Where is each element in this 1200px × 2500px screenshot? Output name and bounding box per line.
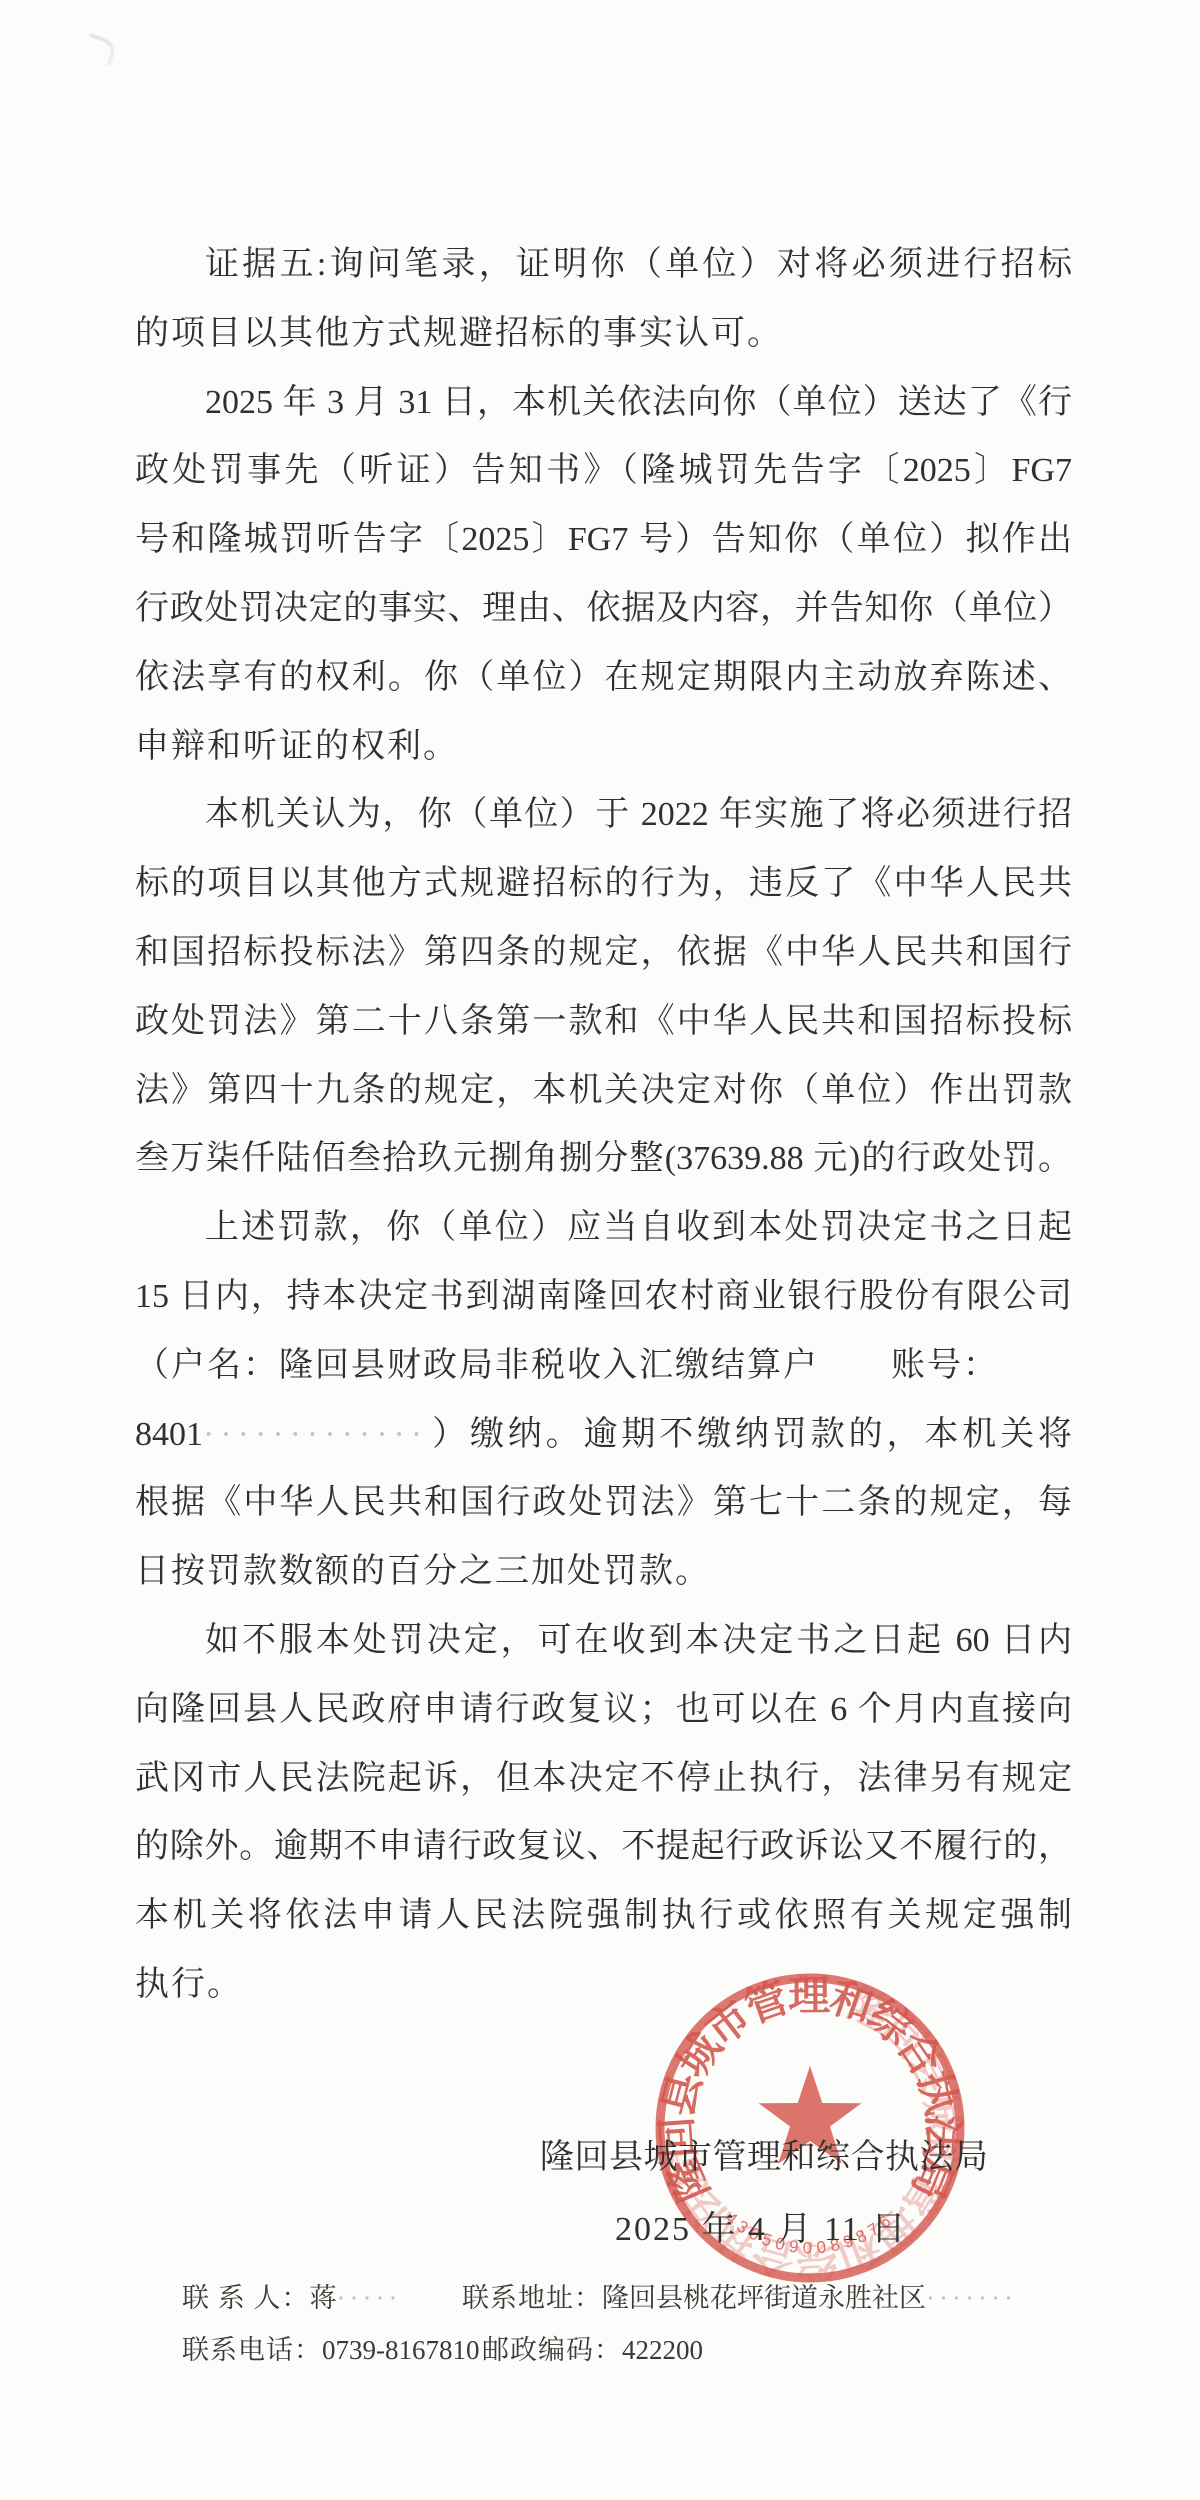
body-text: 标的项目以其他方式规避招标的行为，违反了《中华人民共 [135,865,1072,902]
body-line: 政处罚事先（听证）告知书》（隆城罚先告字〔2025〕FG7 [135,437,1072,506]
body-text: 执行。 [135,1966,243,2003]
footer-row-1: 联 系 人：蒋····· 联系地址：隆回县桃花坪街道永胜社区······· [0,2278,1200,2318]
contact-person: 联 系 人：蒋····· [182,2278,401,2318]
body-text: 法》第四十九条的规定，本机关决定对你（单位）作出罚款 [135,1072,1072,1109]
body-text: 政处罚法》第二十八条第一款和《中华人民共和国招标投标 [135,1003,1072,1040]
postal-code-label: 邮政编码： [482,2335,622,2365]
contact-person-name: 蒋 [310,2283,337,2313]
body-text: 15 日内，持本决定书到湖南隆回农村商业银行股份有限公司 [135,1278,1072,1315]
body-line: 武冈市人民法院起诉，但本决定不停止执行，法律另有规定 [135,1745,1072,1814]
body-line: 如不服本处罚决定，可在收到本决定书之日起 60 日内 [135,1607,1072,1676]
body-text: 依法享有的权利。你（单位）在规定期限内主动放弃陈述、 [135,659,1072,696]
contact-address-redacted: ······· [926,2283,1017,2313]
body-text: 根据《中华人民共和国行政处罚法》第七十二条的规定，每 [135,1484,1072,1521]
contact-phone-value: 0739-8167810 [322,2335,480,2365]
body-line: 叁万柒仟陆佰叁拾玖元捌角捌分整(37639.88 元)的行政处罚。 [135,1125,1072,1194]
body-line: 政处罚法》第二十八条第一款和《中华人民共和国招标投标 [135,988,1072,1057]
redacted-text: ············· [203,1416,428,1453]
body-text: 8401 [135,1416,203,1453]
body-text: 的除外。逾期不申请行政复议、不提起行政诉讼又不履行的， [135,1828,1072,1865]
footer-row-2: 联系电话：0739-8167810 邮政编码：422200 [0,2330,1200,2370]
body-line: 2025 年 3 月 31 日，本机关依法向你（单位）送达了《行 [135,369,1072,438]
official-seal: 隆回县城市管理和综合执法局 隆回县城市管理和综合执法局 430509008987… [650,1968,970,2288]
document-body: 证据五:询问笔录，证明你（单位）对将必须进行招标的项目以其他方式规避招标的事实认… [135,231,1072,2020]
contact-address: 联系地址：隆回县桃花坪街道永胜社区······· [462,2278,1017,2318]
body-line: 向隆回县人民政府申请行政复议；也可以在 6 个月内直接向 [135,1676,1072,1745]
body-text: （户名：隆回县财政局非税收入汇缴结算户 账号： [135,1347,999,1384]
body-text: ）缴纳。逾期不缴纳罚款的，本机关将 [428,1416,1072,1453]
body-text: 的项目以其他方式规避招标的事实认可。 [135,315,783,352]
contact-person-label: 联 系 人： [182,2283,310,2313]
body-line: 和国招标投标法》第四条的规定，依据《中华人民共和国行 [135,919,1072,988]
body-line: 法》第四十九条的规定，本机关决定对你（单位）作出罚款 [135,1057,1072,1126]
scanned-document-page: 证据五:询问笔录，证明你（单位）对将必须进行招标的项目以其他方式规避招标的事实认… [0,0,1200,2500]
body-text: 日按罚款数额的百分之三加处罚款。 [135,1553,711,1590]
body-line: 上述罚款，你（单位）应当自收到本处罚决定书之日起 [135,1194,1072,1263]
body-text: 本机关认为，你（单位）于 2022 年实施了将必须进行招 [205,796,1072,833]
body-line: 15 日内，持本决定书到湖南隆回农村商业银行股份有限公司 [135,1263,1072,1332]
contact-address-label: 联系地址： [462,2283,602,2313]
body-text: 号和隆城罚听告字〔2025〕FG7 号）告知你（单位）拟作出 [135,521,1072,558]
seal-graphic: 隆回县城市管理和综合执法局 隆回县城市管理和综合执法局 430509008987… [650,1968,970,2288]
body-text: 本机关将依法申请人民法院强制执行或依照有关规定强制 [135,1897,1072,1934]
body-text: 上述罚款，你（单位）应当自收到本处罚决定书之日起 [205,1209,1072,1246]
body-line: 申辩和听证的权利。 [135,713,1072,782]
body-line: 根据《中华人民共和国行政处罚法》第七十二条的规定，每 [135,1469,1072,1538]
body-line: （户名：隆回县财政局非税收入汇缴结算户 账号： [135,1332,1072,1401]
body-text: 武冈市人民法院起诉，但本决定不停止执行，法律另有规定 [135,1760,1072,1797]
body-text: 政处罚事先（听证）告知书》（隆城罚先告字〔2025〕FG7 [135,452,1072,489]
seal-star-icon [759,2066,862,2164]
postal-code-value: 422200 [622,2335,703,2365]
scan-artifact [83,34,117,65]
body-text: 证据五:询问笔录，证明你（单位）对将必须进行招标 [205,246,1072,283]
contact-phone-label: 联系电话： [182,2335,322,2365]
body-line: 的除外。逾期不申请行政复议、不提起行政诉讼又不履行的， [135,1813,1072,1882]
body-text: 和国招标投标法》第四条的规定，依据《中华人民共和国行 [135,934,1072,971]
body-text: 2025 年 3 月 31 日，本机关依法向你（单位）送达了《行 [205,384,1072,421]
body-line: 8401·············）缴纳。逾期不缴纳罚款的，本机关将 [135,1401,1072,1470]
body-line: 日按罚款数额的百分之三加处罚款。 [135,1538,1072,1607]
body-line: 本机关认为，你（单位）于 2022 年实施了将必须进行招 [135,781,1072,850]
body-text: 叁万柒仟陆佰叁拾玖元捌角捌分整(37639.88 元)的行政处罚。 [135,1140,1072,1177]
body-text: 申辩和听证的权利。 [135,728,459,765]
contact-address-value: 隆回县桃花坪街道永胜社区 [602,2283,926,2313]
body-line: 标的项目以其他方式规避招标的行为，违反了《中华人民共 [135,850,1072,919]
body-line: 本机关将依法申请人民法院强制执行或依照有关规定强制 [135,1882,1072,1951]
body-line: 行政处罚决定的事实、理由、依据及内容，并告知你（单位） [135,575,1072,644]
body-line: 证据五:询问笔录，证明你（单位）对将必须进行招标 [135,231,1072,300]
body-text: 如不服本处罚决定，可在收到本决定书之日起 60 日内 [205,1622,1072,1659]
body-text: 行政处罚决定的事实、理由、依据及内容，并告知你（单位） [135,590,1072,627]
contact-person-redacted: ····· [337,2283,402,2313]
body-text: 向隆回县人民政府申请行政复议；也可以在 6 个月内直接向 [135,1691,1072,1728]
body-line: 依法享有的权利。你（单位）在规定期限内主动放弃陈述、 [135,644,1072,713]
body-line: 号和隆城罚听告字〔2025〕FG7 号）告知你（单位）拟作出 [135,506,1072,575]
body-line: 的项目以其他方式规避招标的事实认可。 [135,300,1072,369]
postal-code: 邮政编码：422200 [482,2330,703,2370]
contact-phone: 联系电话：0739-8167810 [182,2330,480,2370]
